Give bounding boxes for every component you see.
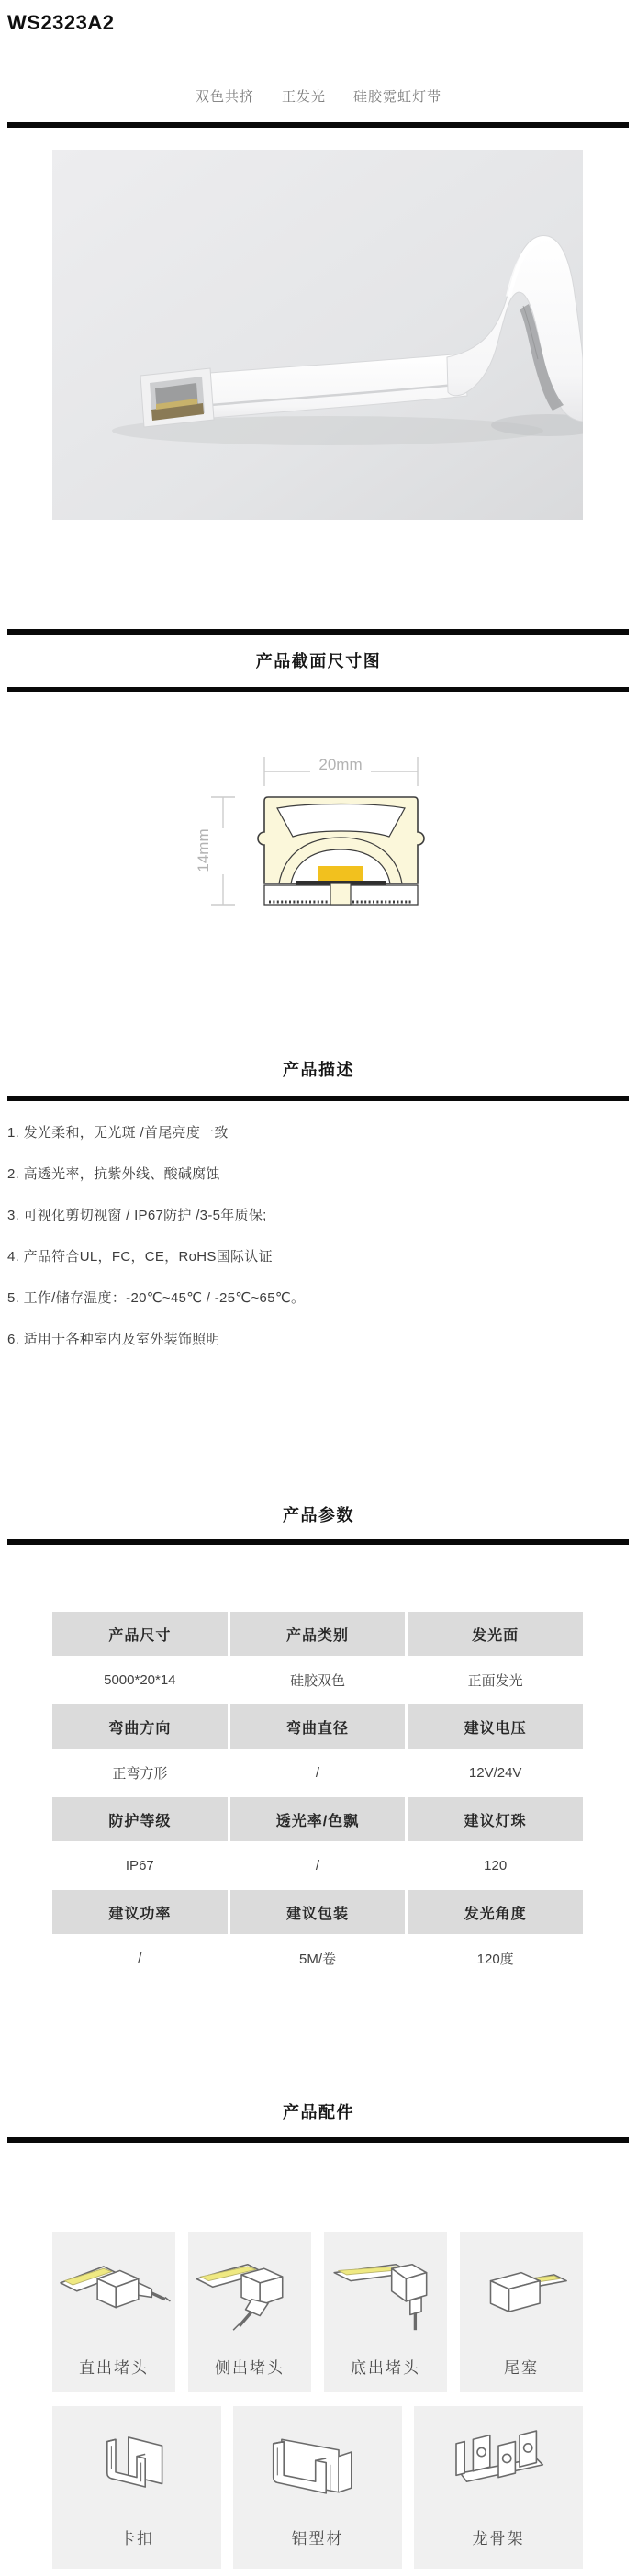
accessory-label: 直出堵头: [79, 2355, 149, 2378]
accessory-label: 尾塞: [504, 2355, 539, 2378]
section-title-parameters: 产品参数: [0, 1499, 637, 1532]
accessory-card-aluminum-profile: 铝型材: [233, 2406, 402, 2569]
accessory-label: 卡扣: [119, 2525, 154, 2548]
param-header-cell: 弯曲方向: [52, 1704, 228, 1749]
tail-plug-icon: [460, 2232, 583, 2355]
param-value-cell: IP67: [52, 1841, 228, 1890]
param-value-cell: 正面发光: [408, 1656, 583, 1704]
section-title-accessories: 产品配件: [0, 2096, 637, 2129]
accessory-card-skeleton-bracket: 龙骨架: [414, 2406, 583, 2569]
product-spec-page: WS2323A2 双色共挤 正发光 硅胶霓虹灯带: [0, 0, 637, 2576]
section-title-description: 产品描述: [0, 1053, 637, 1086]
accessory-card-bottom-end-cap: 底出堵头: [324, 2232, 447, 2392]
param-value-cell: 5000*20*14: [52, 1656, 228, 1704]
description-item: 5. 工作/储存温度：-20℃~45℃ / -25℃~65℃。: [7, 1289, 613, 1308]
description-item: 3. 可视化剪切视窗 / IP67防护 /3-5年质保;: [7, 1207, 613, 1225]
accessory-card-mounting-clip: 卡扣: [52, 2406, 221, 2569]
accessory-label: 底出堵头: [351, 2355, 420, 2378]
accessories-row-2: 卡扣 铝型材: [52, 2406, 583, 2569]
description-item: 4. 产品符合UL，FC，CE，RoHS国际认证: [7, 1248, 613, 1266]
straight-end-cap-icon: [52, 2232, 175, 2355]
tag-silicone-neon: 硅胶霓虹灯带: [353, 86, 441, 106]
product-tags: 双色共挤 正发光 硅胶霓虹灯带: [0, 86, 637, 106]
cross-section-diagram: 20mm 14mm: [184, 744, 431, 928]
accessory-card-side-end-cap: 侧出堵头: [188, 2232, 311, 2392]
divider-bar: [7, 2137, 629, 2143]
mounting-clip-icon: [52, 2406, 221, 2525]
description-item: 1. 发光柔和，无光斑 /首尾亮度一致: [7, 1124, 613, 1142]
divider-bar: [7, 687, 629, 692]
aluminum-profile-icon: [233, 2406, 402, 2525]
section-title-cross-section: 产品截面尺寸图: [0, 645, 637, 678]
param-value-cell: /: [52, 1934, 228, 1983]
tag-dual-color: 双色共挤: [196, 86, 254, 106]
accessory-card-straight-end-cap: 直出堵头: [52, 2232, 175, 2392]
accessory-card-tail-plug: 尾塞: [460, 2232, 583, 2392]
param-value-cell: /: [230, 1841, 406, 1890]
param-header-cell: 建议电压: [408, 1704, 583, 1749]
strip-cut-end: [140, 368, 214, 427]
side-end-cap-icon: [188, 2232, 311, 2355]
height-dimension-label: 14mm: [195, 828, 212, 872]
description-item: 2. 高透光率，抗紫外线、酸碱腐蚀: [7, 1165, 613, 1184]
divider-bar: [7, 122, 629, 128]
description-item: 6. 适用于各种室内及室外装饰照明: [7, 1331, 613, 1349]
tag-top-emitting: 正发光: [282, 86, 326, 106]
divider-bar: [7, 629, 629, 635]
divider-bar: [7, 1096, 629, 1101]
led-chip: [318, 866, 363, 883]
hero-background: [52, 150, 583, 520]
skeleton-bracket-icon: [414, 2406, 583, 2525]
bottom-end-cap-icon: [324, 2232, 447, 2355]
accessory-label: 龙骨架: [473, 2525, 525, 2548]
param-header-cell: 产品类别: [230, 1612, 406, 1656]
param-header-cell: 防护等级: [52, 1797, 228, 1841]
product-hero-image: [52, 150, 583, 520]
accessories-row-1: 直出堵头 侧出堵头: [52, 2232, 583, 2392]
param-value-cell: /: [230, 1749, 406, 1797]
param-value-cell: 5M/卷: [230, 1934, 406, 1983]
parameters-table: 产品尺寸 产品类别 发光面 5000*20*14 硅胶双色 正面发光 弯曲方向 …: [52, 1612, 583, 1983]
param-header-cell: 建议灯珠: [408, 1797, 583, 1841]
divider-bar: [7, 1539, 629, 1545]
param-header-cell: 发光角度: [408, 1890, 583, 1934]
description-list: 1. 发光柔和，无光斑 /首尾亮度一致 2. 高透光率，抗紫外线、酸碱腐蚀 3.…: [7, 1124, 613, 1372]
param-header-cell: 透光率/色飘: [230, 1797, 406, 1841]
param-value-cell: 12V/24V: [408, 1749, 583, 1797]
param-header-cell: 建议功率: [52, 1890, 228, 1934]
page-title: WS2323A2: [7, 11, 115, 35]
param-value-cell: 正弯方形: [52, 1749, 228, 1797]
param-header-cell: 弯曲直径: [230, 1704, 406, 1749]
param-value-cell: 120度: [408, 1934, 583, 1983]
param-header-cell: 建议包装: [230, 1890, 406, 1934]
param-value-cell: 120: [408, 1841, 583, 1890]
accessory-label: 铝型材: [292, 2525, 344, 2548]
param-header-cell: 发光面: [408, 1612, 583, 1656]
width-dimension-label: 20mm: [318, 756, 362, 773]
param-value-cell: 硅胶双色: [230, 1656, 406, 1704]
param-header-cell: 产品尺寸: [52, 1612, 228, 1656]
accessory-label: 侧出堵头: [215, 2355, 285, 2378]
